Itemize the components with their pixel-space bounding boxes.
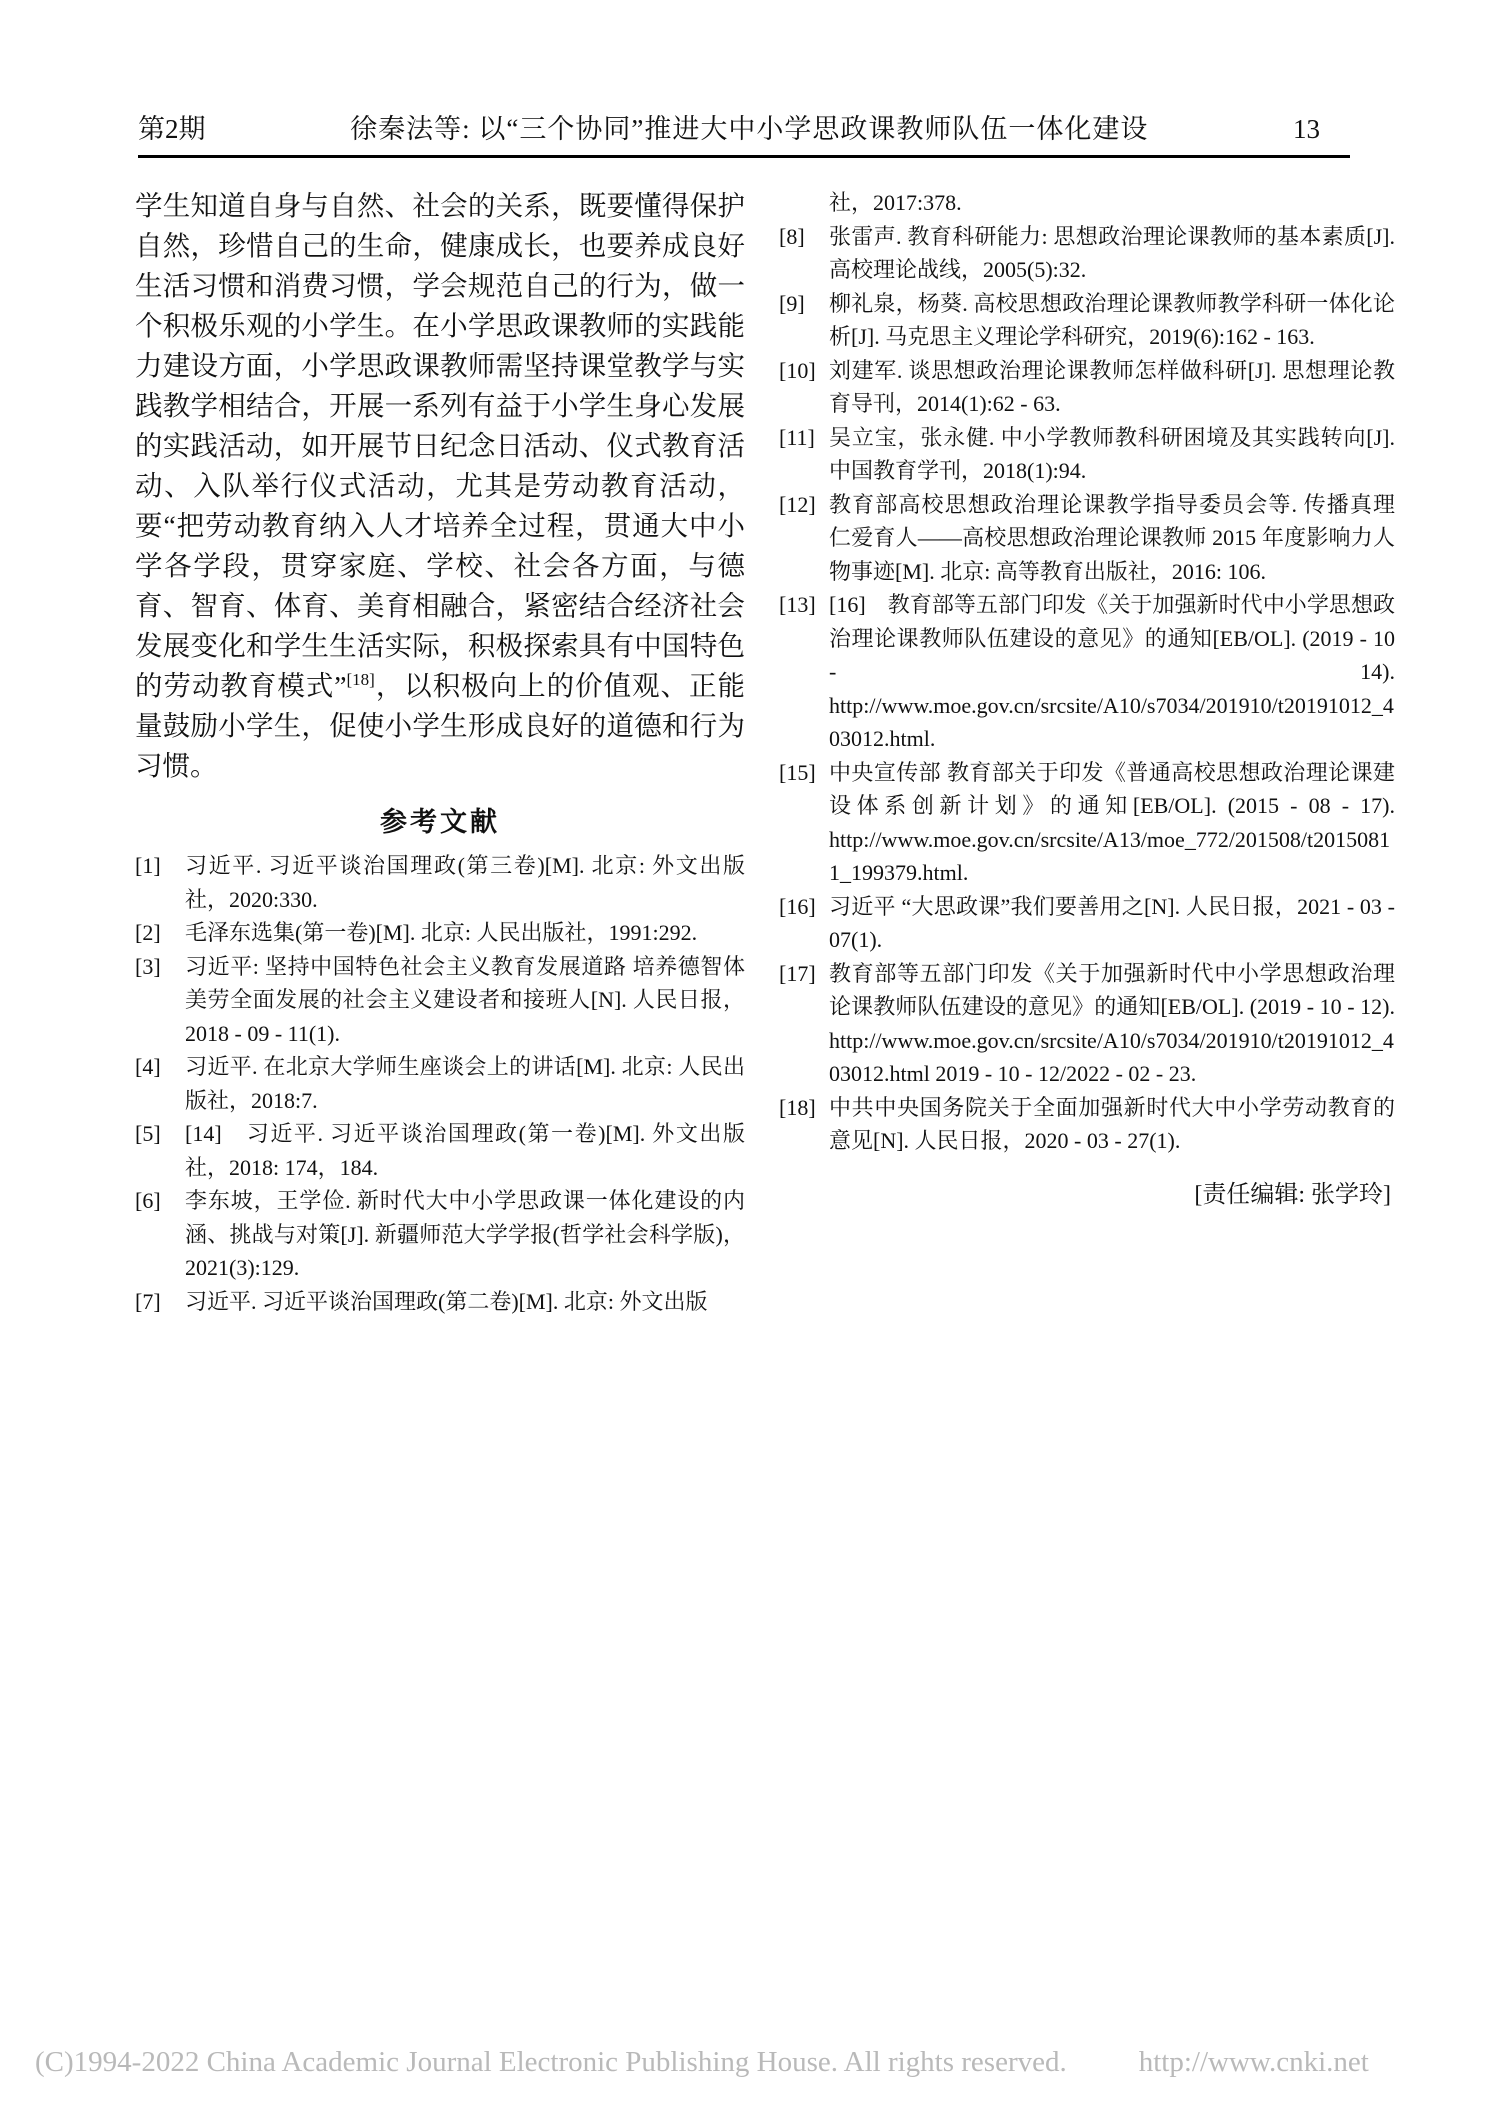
- reference-label: [6]: [135, 1184, 185, 1285]
- issue-number: 第2期: [138, 112, 206, 146]
- reference-item: [15] 中央宣传部 教育部关于印发《普通高校思想政治理论课建设体系创新计划》的…: [779, 756, 1395, 890]
- page-header: 第2期 徐秦法等: 以“三个协同”推进大中小学思政课教师队伍一体化建设 13: [0, 0, 1500, 146]
- reference-label: [15]: [779, 756, 829, 890]
- two-column-layout: 学生知道自身与自然、社会的关系，既要懂得保护自然，珍惜自己的生命，健康成长，也要…: [0, 158, 1500, 1318]
- reference-item: [10] 刘建军. 谈思想政治理论课教师怎样做科研[J]. 思想理论教育导刊，2…: [779, 354, 1395, 421]
- reference-label: [18]: [779, 1091, 829, 1158]
- reference-item: [18] 中共中央国务院关于全面加强新时代大中小学劳动教育的意见[N]. 人民日…: [779, 1091, 1395, 1158]
- editor-note: [责任编辑: 张学玲]: [779, 1174, 1395, 1209]
- reference-text: 习近平. 习近平谈治国理政(第二卷)[M]. 北京: 外文出版: [185, 1285, 745, 1319]
- body-paragraph: 学生知道自身与自然、社会的关系，既要懂得保护自然，珍惜自己的生命，健康成长，也要…: [135, 186, 745, 786]
- reference-text: 吴立宝，张永健. 中小学教师教科研困境及其实践转向[J]. 中国教育学刊，201…: [829, 421, 1395, 488]
- reference-label: [17]: [779, 957, 829, 1091]
- reference-label: [7]: [135, 1285, 185, 1319]
- reference-item: [3] 习近平: 坚持中国特色社会主义教育发展道路 培养德智体美劳全面发展的社会…: [135, 950, 745, 1051]
- references-list-right: [8] 张雷声. 教育科研能力: 思想政治理论课教师的基本素质[J]. 高校理论…: [779, 220, 1395, 1158]
- page-footer: (C)1994-2022 China Academic Journal Elec…: [35, 2046, 1465, 2079]
- reference-label: [13]: [779, 588, 829, 756]
- reference-label: [1]: [135, 849, 185, 916]
- reference-text: 习近平 “大思政课”我们要善用之[N]. 人民日报，2021 - 03 - 07…: [829, 890, 1395, 957]
- reference-label: [11]: [779, 421, 829, 488]
- reference-label: [4]: [135, 1050, 185, 1117]
- reference-label: [12]: [779, 488, 829, 589]
- reference-item: [12] 教育部高校思想政治理论课教学指导委员会等. 传播真理 仁爱育人——高校…: [779, 488, 1395, 589]
- reference-item: [11] 吴立宝，张永健. 中小学教师教科研困境及其实践转向[J]. 中国教育学…: [779, 421, 1395, 488]
- reference-label: [10]: [779, 354, 829, 421]
- reference-text: 柳礼泉，杨葵. 高校思想政治理论课教师教学科研一体化论析[J]. 马克思主义理论…: [829, 287, 1395, 354]
- reference-item: [5] [14] 习近平. 习近平谈治国理政(第一卷)[M]. 外文出版社，20…: [135, 1117, 745, 1184]
- reference-label: [3]: [135, 950, 185, 1051]
- references-heading: 参考文献: [135, 800, 745, 839]
- reference-item: [2] 毛泽东选集(第一卷)[M]. 北京: 人民出版社，1991:292.: [135, 916, 745, 950]
- page-number: 13: [1293, 112, 1350, 146]
- reference-label: [16]: [779, 890, 829, 957]
- reference-text: 习近平. 习近平谈治国理政(第三卷)[M]. 北京: 外文出版社，2020:33…: [185, 849, 745, 916]
- reference-label: [9]: [779, 287, 829, 354]
- reference-text: 张雷声. 教育科研能力: 思想政治理论课教师的基本素质[J]. 高校理论战线，2…: [829, 220, 1395, 287]
- reference-item: [8] 张雷声. 教育科研能力: 思想政治理论课教师的基本素质[J]. 高校理论…: [779, 220, 1395, 287]
- reference-label: [8]: [779, 220, 829, 287]
- running-title: 徐秦法等: 以“三个协同”推进大中小学思政课教师队伍一体化建设: [206, 112, 1294, 146]
- reference-text: 习近平. 在北京大学师生座谈会上的讲话[M]. 北京: 人民出版社，2018:7…: [185, 1050, 745, 1117]
- right-column: 社，2017:378. [8] 张雷声. 教育科研能力: 思想政治理论课教师的基…: [779, 186, 1395, 1318]
- reference-text: 中共中央国务院关于全面加强新时代大中小学劳动教育的意见[N]. 人民日报，202…: [829, 1091, 1395, 1158]
- left-column: 学生知道自身与自然、社会的关系，既要懂得保护自然，珍惜自己的生命，健康成长，也要…: [135, 186, 745, 1318]
- reference-item: [17] 教育部等五部门印发《关于加强新时代中小学思想政治理论课教师队伍建设的意…: [779, 957, 1395, 1091]
- reference-text: 刘建军. 谈思想政治理论课教师怎样做科研[J]. 思想理论教育导刊，2014(1…: [829, 354, 1395, 421]
- reference-item: [13] [16] 教育部等五部门印发《关于加强新时代中小学思想政治理论课教师队…: [779, 588, 1395, 756]
- reference-item: [16] 习近平 “大思政课”我们要善用之[N]. 人民日报，2021 - 03…: [779, 890, 1395, 957]
- journal-page: 第2期 徐秦法等: 以“三个协同”推进大中小学思政课教师队伍一体化建设 13 学…: [0, 0, 1500, 2121]
- reference-item: [6] 李东坡，王学俭. 新时代大中小学思政课一体化建设的内涵、挑战与对策[J]…: [135, 1184, 745, 1285]
- body-paragraph-text: 学生知道自身与自然、社会的关系，既要懂得保护自然，珍惜自己的生命，健康成长，也要…: [135, 190, 745, 701]
- cnki-url: http://www.cnki.net: [1139, 2046, 1369, 2079]
- reference-label: [2]: [135, 916, 185, 950]
- reference-continuation: 社，2017:378.: [829, 186, 1395, 220]
- citation-superscript: [18]: [347, 670, 375, 689]
- reference-item: [4] 习近平. 在北京大学师生座谈会上的讲话[M]. 北京: 人民出版社，20…: [135, 1050, 745, 1117]
- copyright-notice: (C)1994-2022 China Academic Journal Elec…: [35, 2046, 1067, 2079]
- reference-item: [9] 柳礼泉，杨葵. 高校思想政治理论课教师教学科研一体化论析[J]. 马克思…: [779, 287, 1395, 354]
- reference-text: [14] 习近平. 习近平谈治国理政(第一卷)[M]. 外文出版社，2018: …: [185, 1117, 745, 1184]
- reference-item: [7] 习近平. 习近平谈治国理政(第二卷)[M]. 北京: 外文出版: [135, 1285, 745, 1319]
- reference-label: [5]: [135, 1117, 185, 1184]
- reference-text: 毛泽东选集(第一卷)[M]. 北京: 人民出版社，1991:292.: [185, 916, 745, 950]
- references-list-left: [1] 习近平. 习近平谈治国理政(第三卷)[M]. 北京: 外文出版社，202…: [135, 849, 745, 1318]
- reference-text: 中央宣传部 教育部关于印发《普通高校思想政治理论课建设体系创新计划》的通知[EB…: [829, 756, 1395, 890]
- reference-text: 习近平: 坚持中国特色社会主义教育发展道路 培养德智体美劳全面发展的社会主义建设…: [185, 950, 745, 1051]
- reference-text: 教育部高校思想政治理论课教学指导委员会等. 传播真理 仁爱育人——高校思想政治理…: [829, 488, 1395, 589]
- reference-item: [1] 习近平. 习近平谈治国理政(第三卷)[M]. 北京: 外文出版社，202…: [135, 849, 745, 916]
- reference-text: 教育部等五部门印发《关于加强新时代中小学思想政治理论课教师队伍建设的意见》的通知…: [829, 957, 1395, 1091]
- reference-text: [16] 教育部等五部门印发《关于加强新时代中小学思想政治理论课教师队伍建设的意…: [829, 588, 1395, 756]
- reference-text: 李东坡，王学俭. 新时代大中小学思政课一体化建设的内涵、挑战与对策[J]. 新疆…: [185, 1184, 745, 1285]
